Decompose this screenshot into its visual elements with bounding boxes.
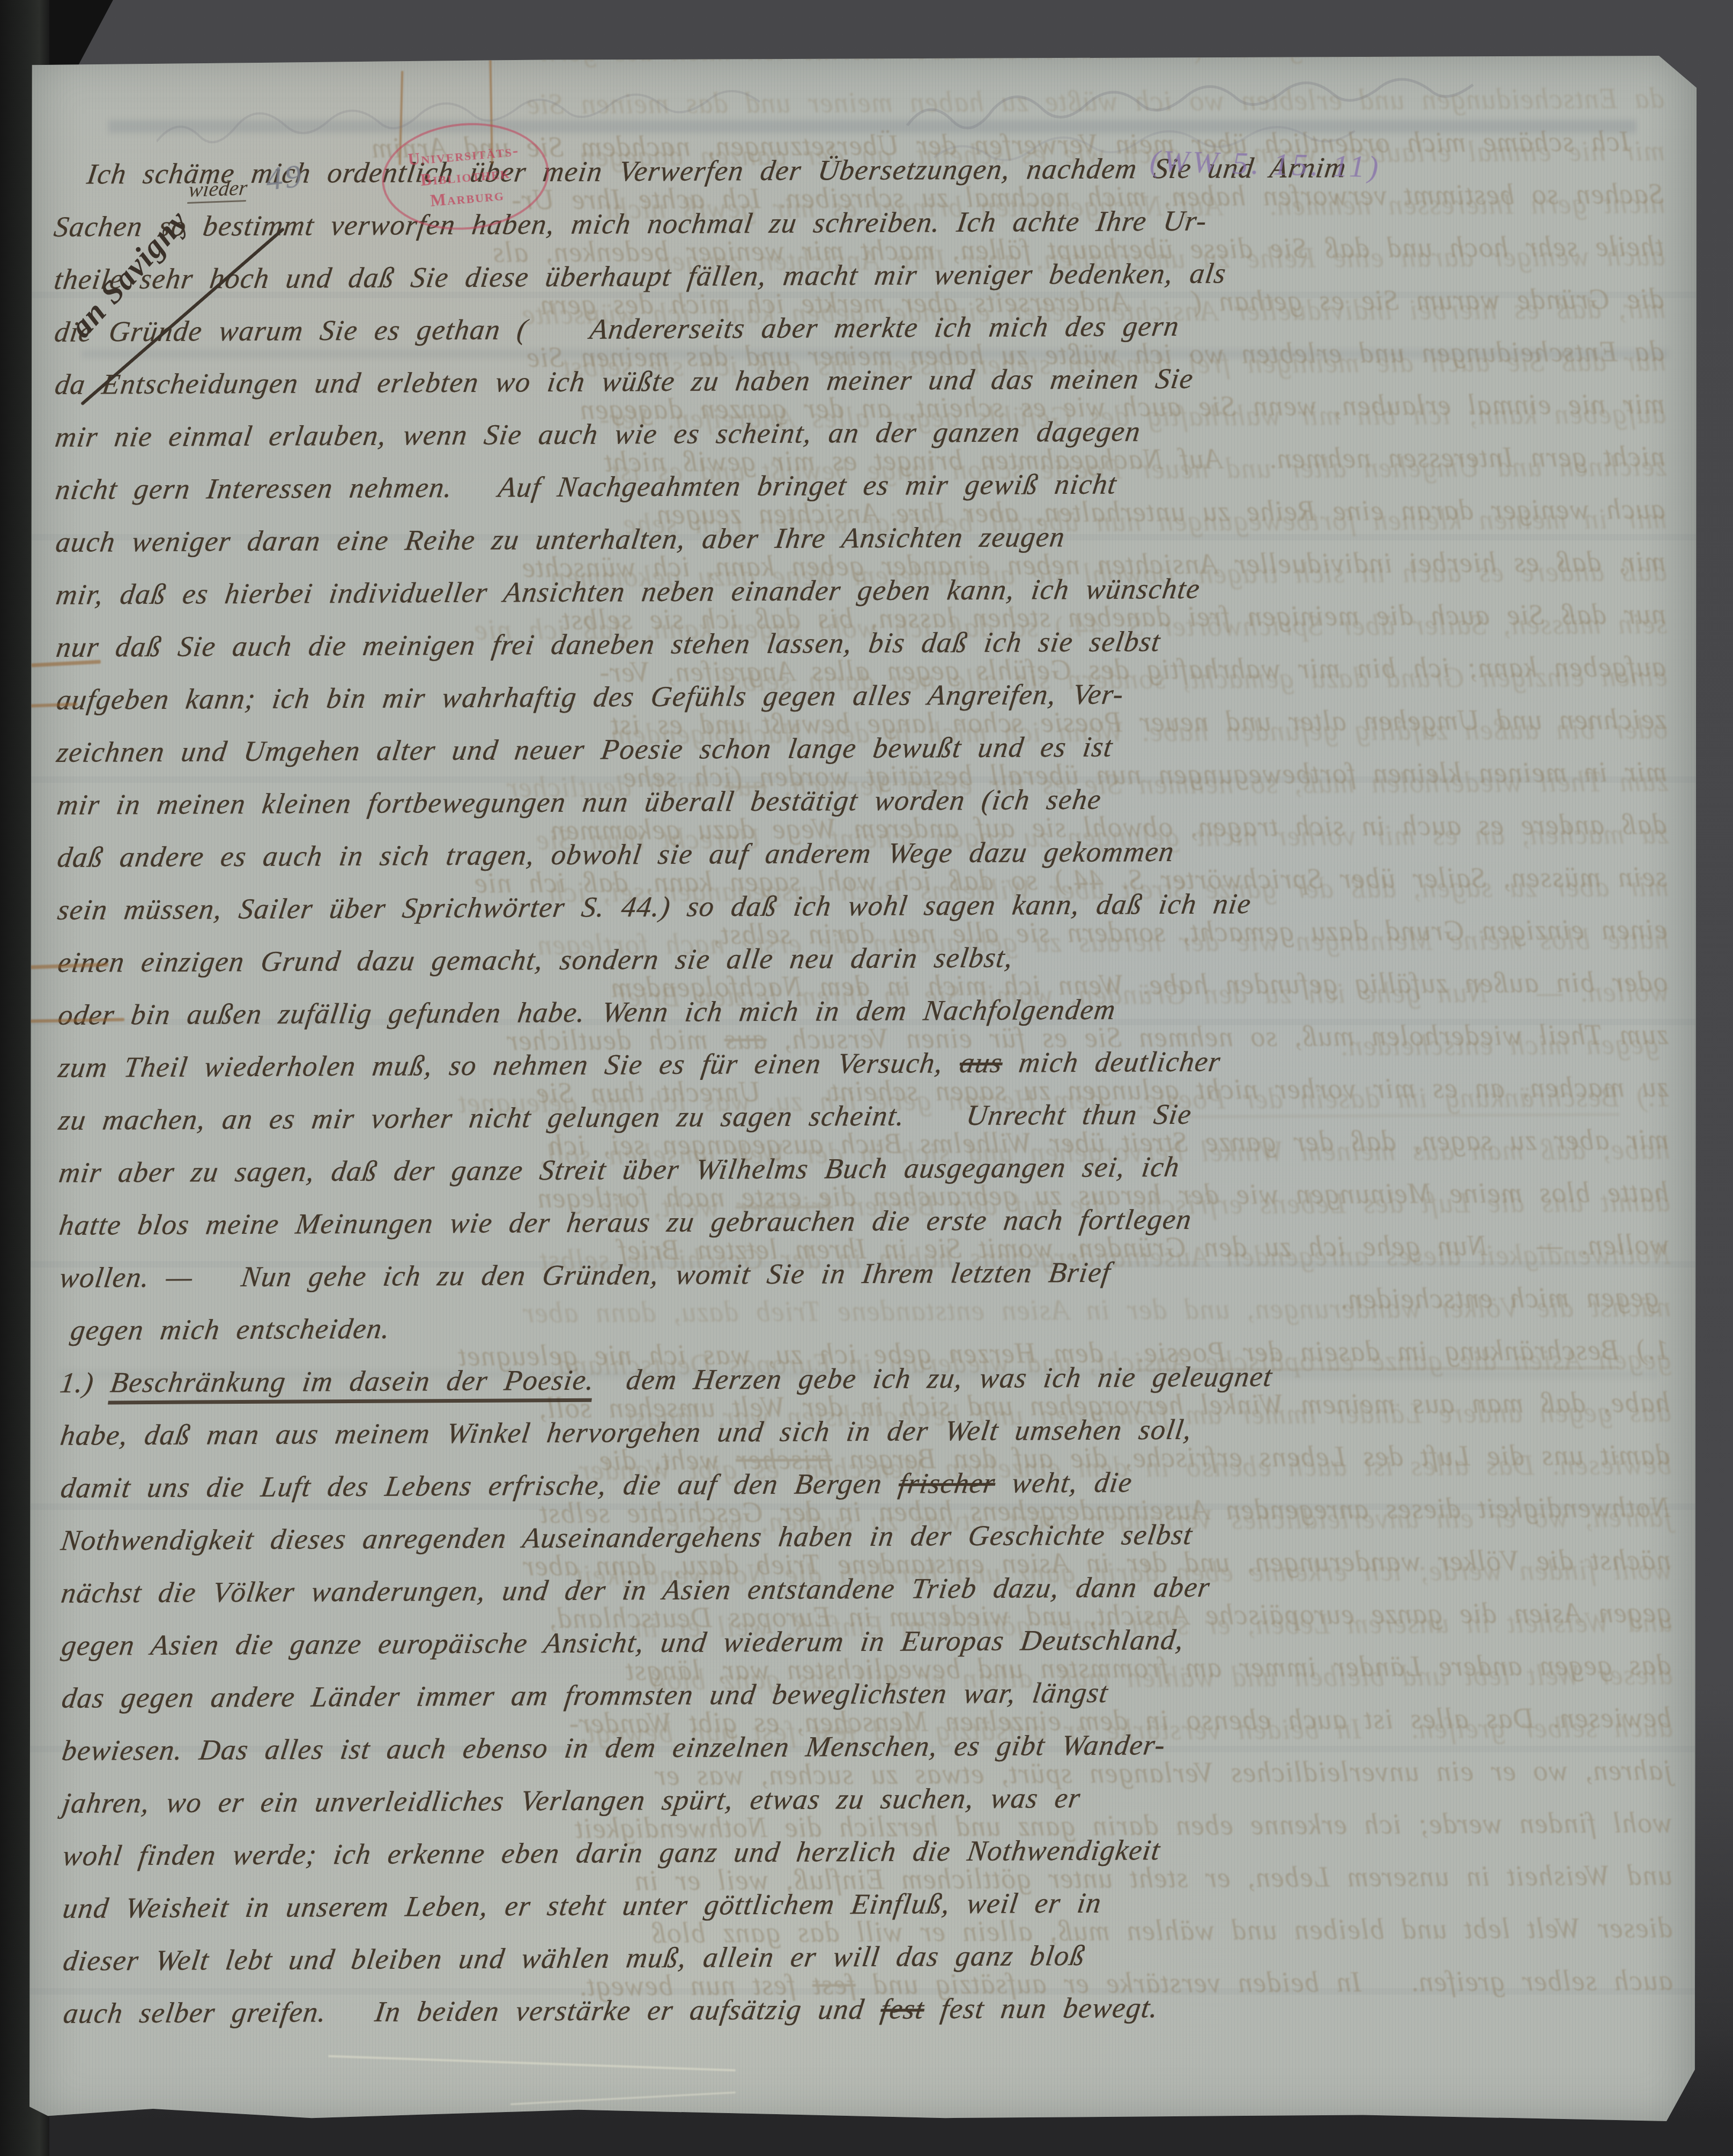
letter-text-run: auch selber greifen. In beiden verstärke…	[62, 1993, 883, 2029]
letter-text-run: wollen. — Nun gehe ich zu den Gründen, w…	[57, 1256, 1113, 1294]
letter-text-run: daß andere es auch in sich tragen, obwoh…	[55, 835, 1176, 873]
letter-text-run: sein müssen, Sailer über Sprichwörter S.…	[56, 887, 1254, 926]
letter-line: 1.) Beschränkung im dasein der Poesie. d…	[58, 1360, 1275, 1399]
letter-text-block: Ich schäme mich ordentlich über mein Ver…	[54, 149, 1673, 2088]
paper-crease	[510, 2092, 736, 2105]
letter-text-run: zum Theil wiederholen muß, so nehmen Sie…	[56, 1047, 962, 1084]
letter-line: habe, daß man aus meinem Winkel hervorge…	[58, 1413, 1195, 1452]
letter-text-run: und Weisheit in unserem Leben, er steht …	[61, 1887, 1104, 1924]
letter-line: oder bin außen zufällig gefunden habe. W…	[56, 993, 1119, 1032]
letter-line: die Gründe warum Sie es gethan ( Anderer…	[53, 309, 1182, 349]
letter-line: mir nie einmal erlauben, wenn Sie auch w…	[53, 414, 1143, 454]
letter-text-run: Sachen so bestimmt verworfen haben, mich…	[52, 205, 1209, 243]
letter-text-run: gegen mich entscheiden.	[69, 1313, 392, 1346]
letter-text-run: damit uns die Luft des Lebens erfrische,…	[59, 1468, 901, 1504]
letter-line: wollen. — Nun gehe ich zu den Gründen, w…	[57, 1256, 1113, 1294]
archive-page-number: 49	[264, 157, 305, 199]
letter-text-run: hatte blos meine Meinungen wie der herau…	[57, 1203, 1194, 1241]
letter-text-run: das gegen andere Länder immer am frommst…	[60, 1677, 1110, 1714]
letter-line: da Entscheidungen und erlebten wo ich wü…	[53, 362, 1196, 401]
letter-text-run: mir, daß es hierbei individueller Ansich…	[54, 573, 1203, 611]
letter-line: gegen Asien die ganze europäische Ansich…	[60, 1623, 1187, 1662]
letter-text-run: 1.)	[58, 1366, 113, 1399]
letter-line: nicht gern Interessen nehmen. Auf Nachge…	[54, 467, 1120, 506]
letter-text-run: fest nun bewegt.	[922, 1991, 1161, 2025]
letter-text-run: weht, die	[993, 1466, 1135, 1499]
letter-line: auch selber greifen. In beiden verstärke…	[62, 1991, 1161, 2030]
letter-text-run: zeichnen und Umgehen alter und neuer Poe…	[55, 731, 1115, 768]
letter-line: das gegen andere Länder immer am frommst…	[60, 1676, 1110, 1715]
letter-line: dieser Welt lebt und bleiben und wählen …	[61, 1939, 1087, 1977]
letter-text-run: mir nie einmal erlauben, wenn Sie auch w…	[53, 415, 1143, 453]
letter-line: wohl finden werde; ich erkenne eben dari…	[61, 1833, 1163, 1872]
letter-text-run: wohl finden werde; ich erkenne eben dari…	[61, 1834, 1162, 1872]
letter-text-run: mir in meinen kleinen fortbewegungen nun…	[55, 783, 1104, 821]
letter-line: bewiesen. Das alles ist auch ebenso in d…	[60, 1728, 1168, 1767]
backdrop-bottom-shade	[49, 2118, 1733, 2156]
letter-text-run: theile sehr hoch und daß Sie diese überh…	[492, 0, 1664, 16]
letter-line: zum Theil wiederholen muß, so nehmen Sie…	[56, 1044, 1223, 1084]
letter-line: Nothwendigkeit dieses anregenden Auseina…	[59, 1518, 1195, 1557]
letter-line: mir in meinen kleinen fortbewegungen nun…	[55, 783, 1104, 821]
letter-text-run: mir aber zu sagen, daß der ganze Streit …	[57, 1151, 1182, 1189]
pencil-shelfmark-note: (WW 5. 15. 11)	[1149, 143, 1382, 184]
underlined-heading: Beschränkung im dasein der Poesie.	[108, 1364, 597, 1405]
letter-text-run: zu machen, an es mir vorher nicht gelung…	[57, 1098, 1194, 1136]
letter-text-run: die Gründe warum Sie es gethan ( Anderer…	[53, 310, 1181, 348]
letter-line: zeichnen und Umgehen alter und neuer Poe…	[55, 730, 1115, 769]
letter-line: zu machen, an es mir vorher nicht gelung…	[57, 1098, 1194, 1137]
letter-text-run: mich deutlicher	[1001, 1045, 1223, 1078]
photo-backdrop: Ich schäme mich ordentlich über mein Ver…	[0, 0, 1733, 2156]
letter-text-run: dem Herzen gebe ich zu, was ich nie gele…	[593, 1360, 1275, 1396]
letter-line: damit uns die Luft des Lebens erfrische,…	[58, 1465, 1135, 1505]
letter-line: und Weisheit in unserem Leben, er steht …	[61, 1886, 1104, 1925]
crossed-out-word: frischer	[897, 1467, 997, 1500]
letter-text-run: Nothwendigkeit dieses anregenden Auseina…	[59, 1518, 1195, 1557]
letter-line: hatte blos meine Meinungen wie der herau…	[57, 1203, 1194, 1242]
letter-line: nächst die Völker wanderungen, und der i…	[59, 1570, 1212, 1610]
letter-text-run: bewiesen. Das alles ist auch ebenso in d…	[60, 1729, 1168, 1767]
letter-line: auch weniger daran eine Reihe zu unterha…	[54, 520, 1068, 559]
letter-text-run: nächst die Völker wanderungen, und der i…	[60, 1571, 1212, 1609]
letter-line: mir aber zu sagen, daß der ganze Streit …	[57, 1150, 1182, 1189]
letter-line: daß andere es auch in sich tragen, obwoh…	[55, 835, 1176, 874]
crossed-out-word: fest	[879, 1992, 927, 2025]
crossed-out-word: aus	[958, 1047, 1005, 1079]
letter-text-run: oder bin außen zufällig gefunden habe. W…	[56, 994, 1118, 1031]
letter-line: theile sehr hoch und daß Sie diese überh…	[492, 0, 1664, 16]
letter-line: einen einzigen Grund dazu gemacht, sonde…	[56, 941, 1016, 979]
manuscript-page: Ich schäme mich ordentlich über mein Ver…	[28, 56, 1697, 2121]
letter-line: jahren, wo er ein unverleidliches Verlan…	[60, 1781, 1083, 1820]
letter-line: gegen mich entscheiden.	[69, 1312, 392, 1347]
letter-text-run: gegen Asien die ganze europäische Ansich…	[60, 1624, 1186, 1662]
letter-text-run: nur daß Sie auch die meinigen frei daneb…	[54, 625, 1162, 663]
letter-line: Sachen so bestimmt verworfen haben, mich…	[52, 204, 1209, 243]
letter-text-run: einen einzigen Grund dazu gemacht, sonde…	[56, 942, 1015, 979]
letter-text-run: nicht gern Interessen nehmen. Auf Nachge…	[54, 468, 1119, 505]
letter-line: mir, daß es hierbei individueller Ansich…	[54, 572, 1203, 611]
interlinear-insertion: wieder	[187, 175, 249, 204]
letter-text-run: da Entscheidungen und erlebten wo ich wü…	[53, 362, 1196, 401]
letter-text-run: habe, daß man aus meinem Winkel hervorge…	[58, 1413, 1194, 1451]
letter-text-run: jahren, wo er ein unverleidliches Verlan…	[61, 1782, 1083, 1819]
letter-text-run: aufgeben kann; ich bin mir wahrhaftig de…	[55, 678, 1126, 715]
letter-text-run: auch weniger daran eine Reihe zu unterha…	[54, 521, 1067, 558]
letter-line: nur daß Sie auch die meinigen frei daneb…	[54, 625, 1163, 664]
letter-line: aufgeben kann; ich bin mir wahrhaftig de…	[55, 677, 1127, 716]
letter-line: die Gründe warum Sie es gethan ( Anderer…	[539, 29, 1664, 68]
letter-line: sein müssen, Sailer über Sprichwörter S.…	[56, 887, 1254, 927]
letter-text-run: die Gründe warum Sie es gethan ( Anderer…	[539, 29, 1664, 68]
letter-text-run: dieser Welt lebt und bleiben und wählen …	[61, 1939, 1087, 1977]
